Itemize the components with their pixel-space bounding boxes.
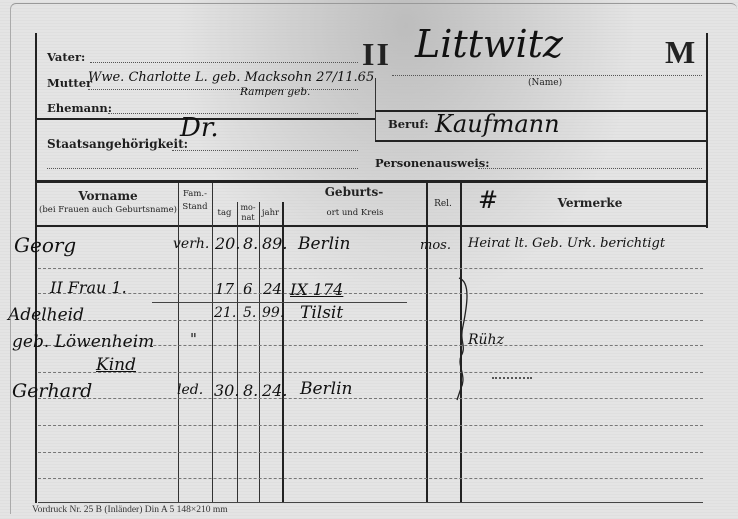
beruf-label: Beruf: [388,117,429,131]
header-tag: tag [212,209,237,219]
ehemann-label: Ehemann: [47,101,112,115]
row-2-monat: 5. [243,305,256,321]
mutter-label: Mutter [47,76,92,90]
header-rel: Rel. [426,199,460,209]
registration-card: II Littwitz M (Name) Vater: Mutter Wwe. … [0,0,738,519]
row-5-vorname: Gerhard [12,380,92,402]
staatsangehoerigkeit-extra-line [47,168,358,169]
header-ort-kreis: ort und Kreis [284,209,426,219]
row-rule [38,425,703,426]
mutter-value: Wwe. Charlotte L. geb. Macksohn 27/11.65 [88,70,374,85]
row-5-monat: 8. [243,381,258,400]
row-4-vorname: Kind [96,355,136,375]
header-monat-2: nat [237,213,259,222]
row-2-jahr: 99. [262,305,284,321]
row-0-vorname: Georg [14,233,76,257]
row-rule [38,372,703,373]
surname-handwritten: Littwitz [415,22,563,66]
row-rule [38,320,703,321]
row-5-ort: Berlin [300,379,353,399]
header-vorname: Vorname [38,190,178,204]
row-5-tag: 30. [214,381,239,400]
print-note: Vordruck Nr. 25 B (Inländer) Din A 5 148… [32,505,228,515]
row-1-jahr: 24 [263,280,282,298]
col-sep-vorname [178,183,179,503]
mutter-field[interactable] [88,89,358,90]
beruf-bottom-line [375,140,706,142]
col-sep-famstand [212,183,213,503]
frau-underline [152,302,407,303]
staatsangehoerigkeit-value: Dr. [180,113,219,143]
personenausweis-label: Personenausweis: [375,156,490,170]
header-famstand-2: Stand [178,203,212,213]
row-5-famstand: led. [177,382,203,398]
row-3-famstand: " [190,330,197,348]
table-header-bottom-rule [35,225,706,227]
row-1-monat: 6 [243,280,253,298]
header-famstand-1: Fam.- [178,190,212,200]
row-0-ort: Berlin [298,234,351,254]
header-monat-1: mo- [237,203,259,212]
vater-label: Vater: [47,50,85,64]
row-rule [38,478,703,479]
row-1-tag: 17 [215,280,234,298]
row-rule [38,268,703,269]
header-jahr: jahr [259,209,282,219]
frame-right-line [706,33,708,228]
table-top-rule [35,180,706,183]
row-1-ort: IX 174 [290,280,343,299]
row-2-vorname: Adelheid [8,305,84,325]
row-rule [38,293,703,294]
row-2-ort: Tilsit [300,303,343,323]
row-0-jahr: 89. [262,234,287,253]
row-2-tag: 21. [214,305,236,321]
header-geburts: Geburts- [282,186,426,200]
frame-left-line [35,33,37,503]
col-sep-ort [426,183,428,503]
row-3-vorname: geb. Löwenheim [12,332,154,352]
row-0-famstand: verh. [173,236,209,252]
faint-note [492,377,532,381]
beruf-box-left [375,78,376,140]
staatsangehoerigkeit-label: Staatsangehörigkeit: [47,137,188,151]
vater-field[interactable] [90,62,358,63]
ehemann-field[interactable] [108,113,358,114]
row-5-jahr: 24. [262,381,287,400]
row-rule [38,452,703,453]
name-caption: (Name) [528,78,562,88]
beruf-value: Kaufmann [435,110,560,138]
header-vermerke: Vermerke [530,197,650,211]
staatsangehoerigkeit-field[interactable] [172,150,358,151]
name-line [392,75,702,76]
letter-index: M [665,34,695,71]
row-rule [38,398,703,399]
bracket-mark [455,276,475,402]
header-vorname-sub: (bei Frauen auch Geburtsname) [36,206,180,216]
row-1-vorname: II Frau 1. [50,278,127,297]
row-0-vermerke: Heirat lt. Geb. Urk. berichtigt [468,236,665,251]
col-sep-monat [259,202,260,503]
row-0-tag: 20. [215,234,240,253]
mutter-value-line2: Rampen geb. [240,86,310,98]
row-0-monat: 8. [243,234,258,253]
personenausweis-field[interactable] [478,168,702,169]
stamp-mark: # [478,186,498,214]
row-0-rel: mos. [420,238,451,253]
section-numeral: II [362,36,391,73]
table-bottom-rule [38,502,703,503]
